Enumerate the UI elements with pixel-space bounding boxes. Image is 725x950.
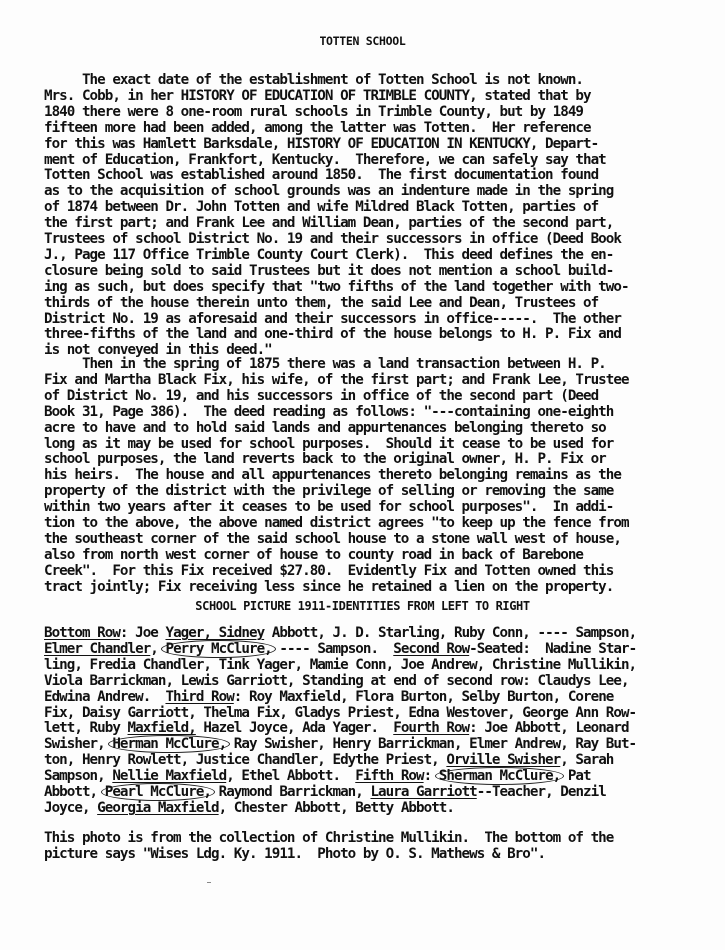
underlined-text: Bottom Row xyxy=(44,625,120,641)
text-line: for this was Hamlett Barksdale, HISTORY … xyxy=(44,136,598,152)
text-segment: -Seated: Nadine Star- xyxy=(469,641,636,657)
text-line: fifteen more had been added, among the l… xyxy=(44,120,591,136)
text-segment: : Joe Abbott, Leonard xyxy=(469,720,628,736)
identity-line: Joyce, Georgia Maxfield, Chester Abbott,… xyxy=(44,800,454,816)
identity-line: Viola Barrickman, Lewis Garriott, Standi… xyxy=(44,673,629,689)
scan-speck xyxy=(207,882,211,883)
circled-name: Sherman McClure, xyxy=(435,767,564,785)
text-segment: lett, Ruby xyxy=(44,720,128,736)
text-line: closure being sold to said Trustees but … xyxy=(44,263,613,279)
text-line: acre to have and to hold said lands and … xyxy=(44,420,606,436)
text-line: Fix and Martha Black Fix, his wife, of t… xyxy=(44,372,629,388)
underlined-text: Elmer Chandler xyxy=(44,641,150,657)
text-line: also from north west corner of house to … xyxy=(44,547,583,563)
identity-line: lett, Ruby Maxfield, Hazel Joyce, Ada Ya… xyxy=(44,720,629,736)
text-line: picture says "Wises Ldg. Ky. 1911. Photo… xyxy=(44,846,545,862)
identity-line: Swisher, Herman McClure, Ray Swisher, He… xyxy=(44,736,636,752)
text-line: District No. 19 as aforesaid and their s… xyxy=(44,311,621,327)
identity-line: Sampson, Nellie Maxfield, Ethel Abbott. … xyxy=(44,768,591,784)
text-segment: Edwina Andrew. xyxy=(44,689,165,705)
text-segment: Viola Barrickman, Lewis Garriott, Standi… xyxy=(44,673,629,689)
underlined-text: Orville Swisher xyxy=(446,752,560,768)
identity-line: Elmer Chandler, Perry McClure, ---- Samp… xyxy=(44,641,636,657)
text-line: of District No. 19, and his successors i… xyxy=(44,388,598,404)
text-segment: : Joe xyxy=(120,625,166,641)
underlined-text: Fourth Row xyxy=(393,720,469,736)
text-line: Mrs. Cobb, in her HISTORY OF EDUCATION O… xyxy=(44,88,591,104)
text-line: his heirs. The house and all appurtenanc… xyxy=(44,467,621,483)
underlined-text: Fifth Row xyxy=(355,768,423,784)
text-line: Book 31, Page 386). The deed reading as … xyxy=(44,404,613,420)
text-segment: Raymond Barrickman, xyxy=(211,784,370,800)
underlined-text: Laura Garriott xyxy=(370,784,476,800)
underlined-text: Second Row xyxy=(393,641,469,657)
identity-line: Fix, Daisy Garriott, Thelma Fix, Gladys … xyxy=(44,705,636,721)
text-segment: Hazel Joyce, Ada Yager. xyxy=(196,720,393,736)
text-line: The exact date of the establishment of T… xyxy=(44,72,583,88)
text-line: of 1874 between Dr. John Totten and wife… xyxy=(44,199,598,215)
text-line: the southeast corner of the said school … xyxy=(44,531,621,547)
document-page: TOTTEN SCHOOL The exact date of the esta… xyxy=(0,0,725,950)
text-line: long as it may be used for school purpos… xyxy=(44,436,613,452)
text-segment: : Roy Maxfield, Flora Burton, Selby Burt… xyxy=(234,689,614,705)
text-line: J., Page 117 Office Trimble County Court… xyxy=(44,247,613,263)
identity-line: Edwina Andrew. Third Row: Roy Maxfield, … xyxy=(44,689,613,705)
text-line: ing as such, but does specify that "two … xyxy=(44,279,629,295)
text-line: tract jointly; Fix receiving less since … xyxy=(44,579,613,595)
text-line: ment of Education, Frankfort, Kentucky. … xyxy=(44,152,606,168)
circled-name: Herman McClure, xyxy=(108,735,230,753)
text-segment: Abbott, xyxy=(44,784,105,800)
text-segment: , Chester Abbott, Betty Abbott. xyxy=(219,800,454,816)
identity-line: Bottom Row: Joe Yager, Sidney Abbott, J.… xyxy=(44,625,636,641)
text-segment: ---- Sampson. xyxy=(272,641,393,657)
identity-line: ling, Fredia Chandler, Tink Yager, Mamie… xyxy=(44,657,636,673)
text-line: property of the district with the privil… xyxy=(44,483,613,499)
text-segment: , Sarah xyxy=(560,752,613,768)
text-line: Creek". For this Fix received $27.80. Ev… xyxy=(44,563,613,579)
underlined-text: Yager, Sidney xyxy=(165,625,264,641)
text-line: school purposes, the land reverts back t… xyxy=(44,451,606,467)
text-segment: Joyce, xyxy=(44,800,97,816)
underlined-text: Third Row xyxy=(165,689,233,705)
circled-name: Perry McClure, xyxy=(161,640,275,658)
text-line: tion to the above, the above named distr… xyxy=(44,515,629,531)
text-line: Totten School was established around 185… xyxy=(44,167,598,183)
text-segment: Sampson, xyxy=(44,768,112,784)
text-segment: Swisher, xyxy=(44,736,112,752)
identity-line: Abbott, Pearl McClure, Raymond Barrickma… xyxy=(44,784,606,800)
text-line: 1840 there were 8 one-room rural schools… xyxy=(44,104,583,120)
document-title: TOTTEN SCHOOL xyxy=(0,34,725,48)
text-segment: Pat xyxy=(560,768,590,784)
text-line: within two years after it ceases to be u… xyxy=(44,499,613,515)
text-segment: Fix, Daisy Garriott, Thelma Fix, Gladys … xyxy=(44,705,636,721)
text-segment: Ray Swisher, Henry Barrickman, Elmer And… xyxy=(226,736,636,752)
underlined-text: Maxfield, xyxy=(128,720,196,736)
underlined-text: Georgia Maxfield xyxy=(97,800,218,816)
text-segment: --Teacher, Denzil xyxy=(477,784,606,800)
section-heading-school-picture: SCHOOL PICTURE 1911-IDENTITIES FROM LEFT… xyxy=(0,599,725,613)
text-line: Trustees of school District No. 19 and t… xyxy=(44,231,621,247)
text-line: as to the acquisition of school grounds … xyxy=(44,183,613,199)
underlined-text: Nellie Maxfield xyxy=(112,768,226,784)
text-line: Then in the spring of 1875 there was a l… xyxy=(44,356,606,372)
text-segment: ton, Henry Rowlett, Justice Chandler, Ed… xyxy=(44,752,446,768)
text-line: the first part; and Frank Lee and Willia… xyxy=(44,215,613,231)
text-segment: ling, Fredia Chandler, Tink Yager, Mamie… xyxy=(44,657,636,673)
text-line: This photo is from the collection of Chr… xyxy=(44,830,613,846)
identity-line: ton, Henry Rowlett, Justice Chandler, Ed… xyxy=(44,752,613,768)
text-line: thirds of the house therein unto them, t… xyxy=(44,295,598,311)
text-line: three-fifths of the land and one-third o… xyxy=(44,326,621,342)
text-segment: Abbott, J. D. Starling, Ruby Conn, ---- … xyxy=(264,625,636,641)
circled-name: Pearl McClure, xyxy=(101,783,215,801)
text-segment: , Ethel Abbott. xyxy=(226,768,355,784)
